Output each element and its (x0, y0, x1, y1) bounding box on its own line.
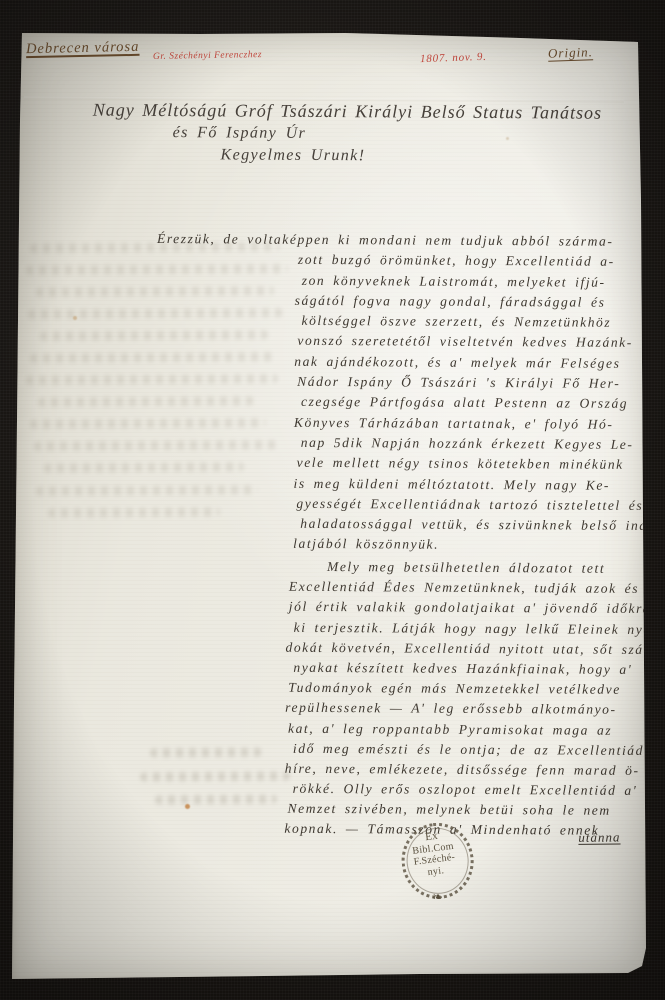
stamp-text: ExBibl.ComF.Széché-nyi. (398, 827, 469, 881)
foxing-spot (506, 137, 509, 140)
text-line: költséggel öszve szerzett, és Nemzetünkh… (301, 311, 647, 333)
text-line: czegsége Pártfogása alatt Pestenn az Ors… (301, 392, 647, 414)
salutation-line: Nagy Méltóságú Gróf Tsászári Királyi Bel… (93, 100, 593, 124)
body-paragraph-2: Mely meg betsülhetetlen áldozatot tettEx… (287, 557, 647, 842)
text-line: Excellentiád Édes Nemzetünknek, tudják a… (289, 577, 647, 599)
body-paragraph-1: Érezzük, de voltaképpen ki mondani nem t… (296, 230, 648, 557)
text-line: nap 5dik Napján hozzánk érkezett Kegyes … (301, 433, 647, 455)
library-stamp: ExBibl.ComF.Széché-nyi. ❧ (393, 817, 481, 912)
text-line: haladatossággal vettük, és szivünknek be… (300, 514, 646, 536)
salutation-line: Kegyelmes Urunk! (220, 146, 592, 166)
text-line: Tudományok egén más Nemzetekkel vetélked… (288, 678, 646, 700)
text-line: Nádor Ispány Ő Tsászári 's Királyi Fő He… (297, 372, 647, 394)
letter-page: Debrecen városa Gr. Széchényi Ferenczhez… (0, 0, 665, 1000)
text-line: idő meg emészti és le ontja; de az Excel… (293, 739, 646, 761)
letter-salutation: Nagy Méltóságú Gróf Tsászári Királyi Bel… (92, 100, 592, 167)
text-line: híre, neve, emlékezete, ditsőssége fenn … (285, 759, 646, 781)
text-line: repülhessenek — A' leg erőssebb alkotmán… (285, 698, 646, 720)
text-line: dokát követvén, Excellentiád nyitott uta… (285, 638, 646, 660)
salutation-line: és Fő Ispány Úr (173, 124, 593, 145)
text-line: nyakat készített kedves Hazánkfiainak, h… (293, 658, 646, 680)
text-line: Érezzük, de voltaképpen ki mondani nem t… (157, 229, 648, 252)
text-line: kat, a' leg roppantabb Pyramisokat maga … (288, 718, 646, 740)
text-line: Mely meg betsülhetetlen áldozatot tett (327, 557, 647, 579)
manuscript-text: Nagy Méltóságú Gróf Tsászári Királyi Bel… (0, 0, 665, 1000)
text-line: zon könyveknek Laistromát, melyeket ifjú… (302, 270, 648, 292)
text-line: ságától fogva nagy gondal, fáradsággal é… (295, 291, 648, 313)
text-line: rökké. Olly erős oszlopot emelt Excellen… (293, 779, 646, 801)
stamp-ribbon-icon: ❧ (432, 889, 443, 905)
text-line: zott buzgó örömünket, hogy Excellentiád … (298, 250, 648, 272)
photo-background: Debrecen városa Gr. Széchényi Ferenczhez… (0, 0, 665, 1000)
text-line: jól értik valakik gondolatjaikat a' jöve… (289, 597, 647, 619)
catchword: utánna (578, 829, 620, 845)
text-line: ki terjesztik. Látják hogy nagy lelkű El… (294, 617, 647, 639)
text-line: nak ajándékozott, és a' melyek már Felsé… (294, 352, 647, 374)
foxing-spot (73, 316, 77, 320)
text-line: latjából köszönnyük. (293, 534, 646, 556)
text-line: Könyves Tárházában tartatnak, e' folyó H… (294, 412, 647, 434)
foxing-spot (185, 804, 190, 809)
text-line: vonszó szeretetétől viseltetvén kedves H… (297, 331, 647, 353)
text-line: is meg küldeni méltóztatott. Mely nagy K… (293, 473, 646, 495)
text-line: gyességét Excellentiádnak tartozó tiszte… (296, 494, 646, 516)
text-line: vele mellett négy tsinos kötetekben miné… (297, 453, 647, 475)
